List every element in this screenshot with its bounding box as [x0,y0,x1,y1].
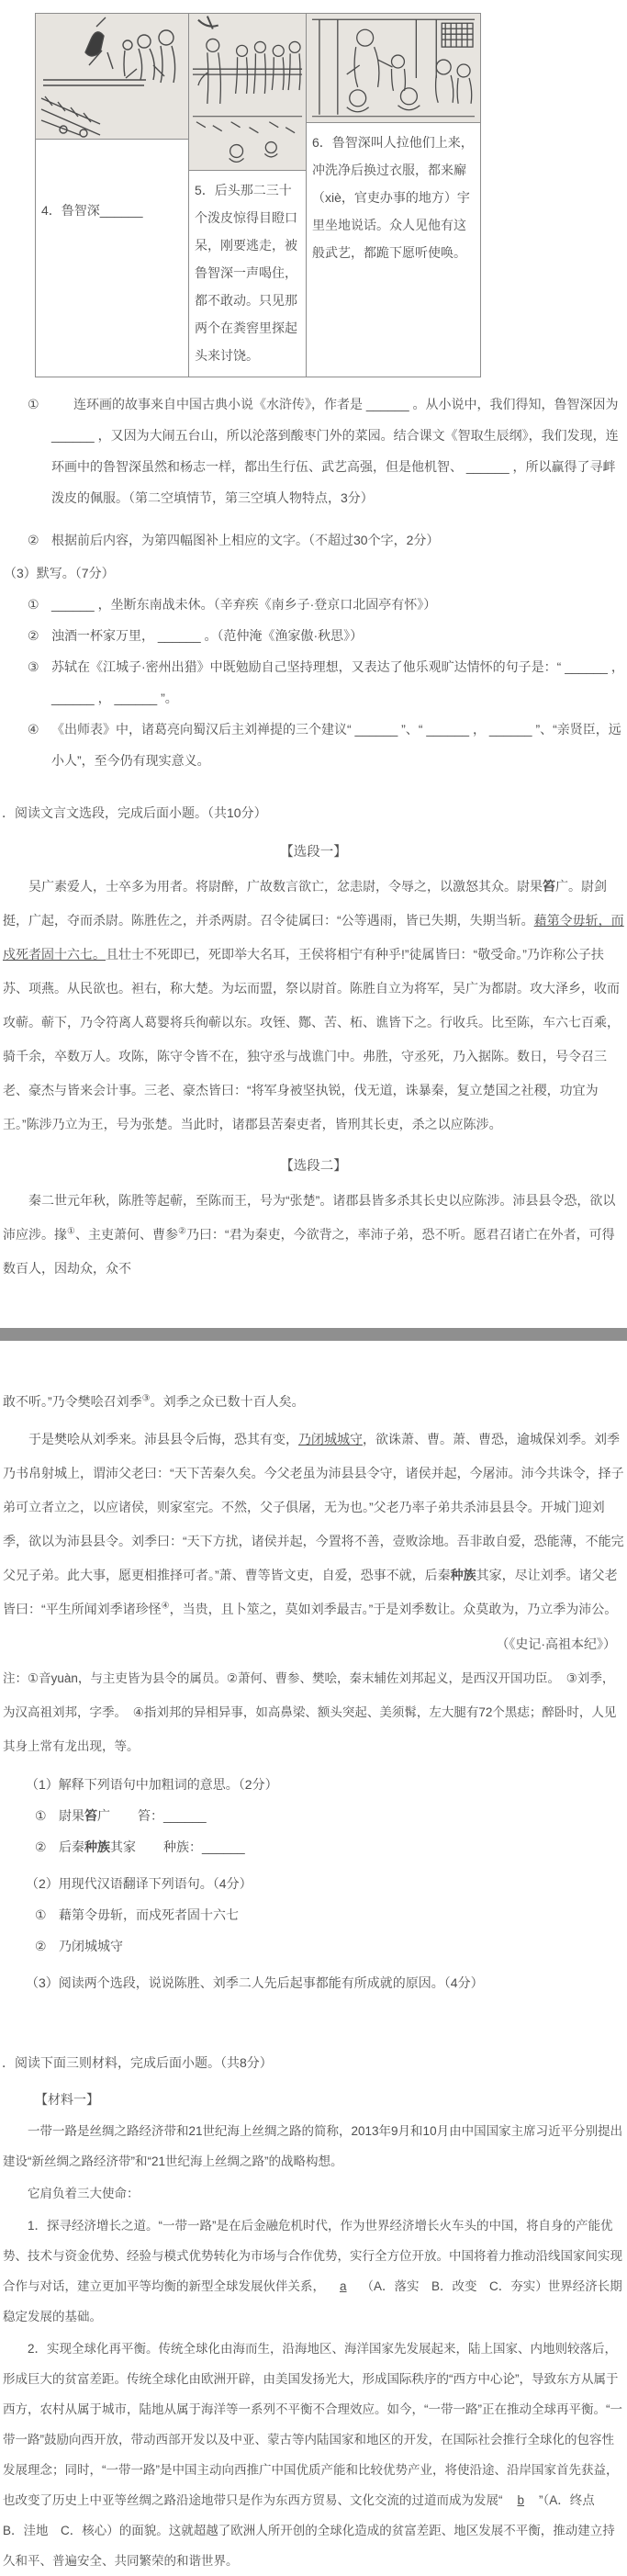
page-break-bar [0,1328,627,1341]
selection-2-passage-part2: 敢不听。”乃令樊哙召刘季③。刘季之众已数十百人矣。 [3,1385,624,1419]
question-text: 连环画的故事来自中国古典小说《水浒传》，作者是 ______ 。从小说中，我们得… [51,388,627,513]
subquestion-2-label: （2）用现代汉语翻译下列语句。（4分） [26,1868,627,1899]
question-text: 根据前后内容，为第四幅图补上相应的文字。（不超过30个字，2分） [51,524,627,556]
bold-term: 笞 [84,1808,97,1823]
selection-1-label: 【选段一】 [0,838,627,866]
material-1-label: 【材料一】 [35,2085,627,2114]
footnote-marker: ④ [162,1601,170,1611]
phrase-run: 后秦 [59,1839,84,1854]
comic-panel-5-image [189,14,306,171]
choice-blank-b: b [503,2493,540,2507]
item-number: ② [28,620,39,651]
subquestion-1-item-2: ② 后秦种族其家种族：______ [35,1831,627,1862]
source-citation: （《史记·高祖本纪》） [11,1628,616,1659]
dictation-item-4: ④ 《出师表》中，诸葛亮向蜀汉后主刘禅提的三个建议“ ______ ”、“ __… [0,714,627,776]
bold-term: 种族 [84,1839,110,1854]
bold-term: 种族 [451,1568,476,1582]
item-number: ④ [28,714,39,745]
paragraph-run: 2．实现全球化再平衡。传统全球化由海而生，沿海地区、海洋国家先发展起来，陆上国家… [3,2342,622,2507]
dictation-item-3: ③ 苏轼在《江城子·密州出猎》中既勉励自己坚持理想，又表达了他乐观旷达情怀的句子… [0,651,627,714]
material-1-paragraph-1: 一带一路是丝绸之路经济带和21世纪海上丝绸之路的简称，2013年9月和10月由中… [3,2116,624,2177]
passage-run: 吴广素爱人，士卒多为用者。将尉醉，广故数言欲亡，忿恚尉，令辱之，以激怒其众。尉果 [28,879,543,894]
selection-2-label: 【选段二】 [0,1153,627,1180]
comic-sketch-icon [307,14,480,122]
passage-run: ，欲诛萧、曹。萧、曹恐，逾城保刘季。刘季乃书帛射城上，谓沛父老曰：“天下苦秦久矣… [3,1432,624,1582]
comic-strip-table: 4．鲁智深______ [35,13,481,377]
passage-run: 且壮士不死即已，死即举大名耳，王侯将相宁有种乎!”徒属皆曰：“敬受命。”乃诈称公… [3,947,620,1131]
phrase-run: 尉果 [59,1808,84,1823]
question-number: ① [28,388,39,420]
comic-panel-4-image [36,14,188,140]
footnote-marker: ③ [142,1393,151,1403]
question-number: ② [28,524,39,556]
passage-run: 于是樊哙从刘季来。沛县县令后悔，恐其有变， [28,1432,298,1446]
exam-page: 4．鲁智深______ [0,0,627,2576]
footnote-marker: ① [67,1226,75,1236]
item-number: ② [35,1831,47,1862]
panel-5-caption: 5．后头那二三十个泼皮惊得目瞪口呆，刚要逃走，被鲁智深一声喝住，都不敢动。只见那… [189,171,306,377]
classical-section-header: ．阅读文言文选段，完成后面小题。（共10分） [2,798,627,827]
item-text: ______ ，坐断东南战未休。（辛弃疾《南乡子·登京口北固亭有怀》） [51,597,436,612]
phrase-run: 广 [97,1808,110,1823]
selection-1-passage: 吴广素爱人，士卒多为用者。将尉醉，广故数言欲亡，忿恚尉，令辱之，以激怒其众。尉果… [3,870,624,1142]
comic-sketch-icon [189,14,306,170]
passage-run: ，当贵，且卜筮之，莫如刘季最吉。”于是刘季数让。众莫敢为，乃立季为沛公。 [170,1602,618,1616]
dictation-item-2: ② 浊酒一杯家万里， ______ 。（范仲淹《渔家傲·秋思》） [0,620,627,651]
comic-panel-6-cell: 6．鲁智深叫人拉他们上来，冲洗净后换过衣服，都来廨（xiè，官吏办事的地方）宇里… [306,14,480,377]
bold-term: 笞 [543,879,555,894]
passage-run: 敢不听。”乃令樊哙召刘季 [3,1394,142,1409]
material-1-paragraph-3: 1．探寻经济增长之道。“一带一路”是在后金融危机时代，作为世界经济增长火车头的中… [3,2210,624,2332]
subquestion-1-label: （1）解释下列语句中加粗词的意思。（2分） [26,1769,627,1800]
item-text: 苏轼在《江城子·密州出猎》中既勉励自己坚持理想，又表达了他乐观旷达情怀的句子是：… [51,659,624,705]
passage-run: 。刘季之众已数十百人矣。 [151,1394,305,1409]
comic-sketch-icon [36,14,188,139]
passage-run: 、主吏萧何、曹参 [75,1227,178,1242]
footnotes: 注：①音yuàn，与主吏皆为县令的属员。②萧何、曹参、樊哙，秦末辅佐刘邦起义，是… [3,1661,624,1763]
item-number: ① [35,1899,47,1930]
comic-panel-6-image [307,14,480,123]
dictation-label: （3）默写。（7分） [4,557,627,589]
definition-blank: 种族：______ [163,1831,245,1862]
choice-blank-a: a [325,2279,362,2293]
sentence-to-translate: 乃闭城城守 [59,1939,123,1953]
comic-panel-5-cell: 5．后头那二三十个泼皮惊得目瞪口呆，刚要逃走，被鲁智深一声喝住，都不敢动。只见那… [188,14,306,377]
question-item-2: ② 根据前后内容，为第四幅图补上相应的文字。（不超过30个字，2分） [0,524,627,556]
item-number: ① [28,589,39,620]
selection-2-passage-part1: 秦二世元年秋，陈胜等起蕲，至陈而王，号为“张楚”。诸郡县皆多杀其长史以应陈涉。沛… [3,1184,624,1286]
subquestion-2-item-2: ② 乃闭城城守 [35,1930,627,1962]
definition-blank: 笞：______ [138,1800,207,1831]
item-text: 《出师表》中，诸葛亮向蜀汉后主刘禅提的三个建议“ ______ ”、“ ____… [51,722,621,768]
item-number: ③ [28,651,39,682]
footnote-marker: ② [178,1226,186,1236]
dictation-item-1: ① ______ ，坐断东南战未休。（辛弃疾《南乡子·登京口北固亭有怀》） [0,589,627,620]
material-1-paragraph-2: 它肩负着三大使命： [3,2178,624,2209]
item-text: 浊酒一杯家万里， ______ 。（范仲淹《渔家傲·秋思》） [51,628,363,643]
materials-section-header: ．阅读下面三则材料，完成后面小题。（共8分） [2,2048,627,2077]
subquestion-2-item-1: ① 藉第令毋斩，而戍死者固十六七 [35,1899,627,1930]
subquestion-1-item-1: ① 尉果笞广笞：______ [35,1800,627,1831]
sentence-to-translate: 藉第令毋斩，而戍死者固十六七 [59,1907,239,1922]
item-number: ② [35,1930,47,1962]
subquestion-3-label: （3）阅读两个选段，说说陈胜、刘季二人先后起事都能有所成就的原因。（4分） [26,1967,627,1998]
selection-2-passage-part3: 于是樊哙从刘季来。沛县县令后悔，恐其有变，乃闭城城守，欲诛萧、曹。萧、曹恐，逾城… [3,1423,624,1626]
panel-6-caption: 6．鲁智深叫人拉他们上来，冲洗净后换过衣服，都来廨（xiè，官吏办事的地方）宇里… [307,123,480,377]
comic-panel-4-cell: 4．鲁智深______ [36,14,188,377]
item-number: ① [35,1800,47,1831]
question-item-1: ① 连环画的故事来自中国古典小说《水浒传》，作者是 ______ 。从小说中，我… [0,388,627,513]
material-1-paragraph-4: 2．实现全球化再平衡。传统全球化由海而生，沿海地区、海洋国家先发展起来，陆上国家… [3,2334,624,2576]
panel-4-caption: 4．鲁智深______ [36,140,188,377]
underlined-phrase: 乃闭城城守 [298,1432,363,1446]
phrase-run: 其家 [110,1839,136,1854]
